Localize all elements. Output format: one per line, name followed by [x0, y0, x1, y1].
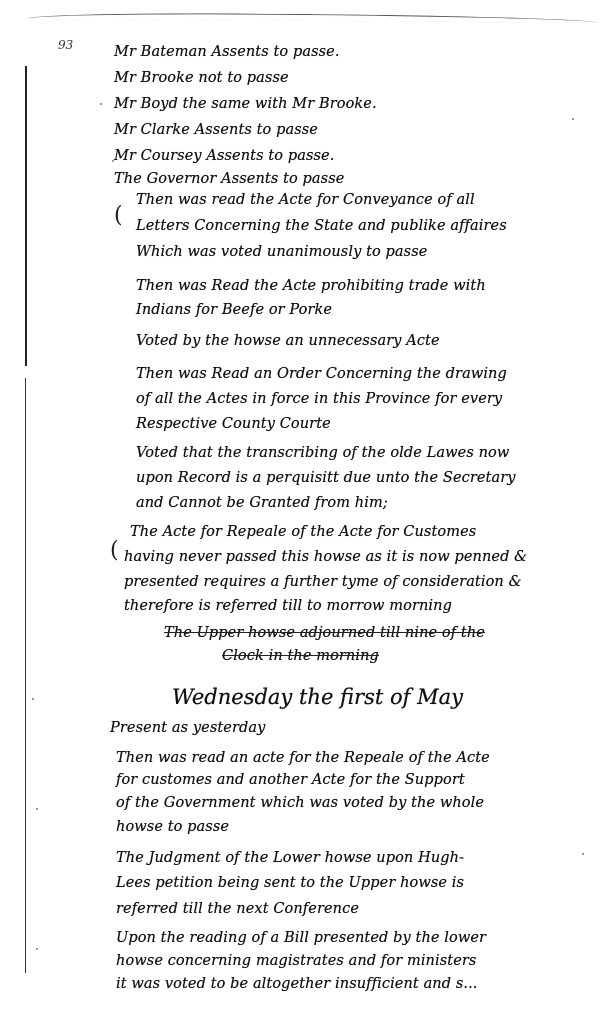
scan-speck	[112, 160, 114, 162]
scan-speck	[100, 103, 102, 105]
scan-speck	[36, 808, 38, 810]
page-top-edge	[26, 12, 598, 23]
text-line: The Acte for Repeale of the Acte for Cus…	[130, 524, 476, 540]
manuscript-page: 93 Mr Bateman Assents to passe. Mr Brook…	[12, 8, 600, 1008]
text-line: Indians for Beefe or Porke	[136, 302, 332, 318]
text-line: therefore is referred till to morrow mor…	[124, 598, 452, 614]
margin-bracket: (	[110, 538, 119, 563]
scan-speck	[32, 698, 34, 700]
text-line: for customes and another Acte for the Su…	[116, 772, 465, 788]
text-line: The Judgment of the Lower howse upon Hug…	[116, 850, 464, 866]
text-line: howse to passe	[116, 819, 229, 835]
text-line: of the Government which was voted by the…	[116, 795, 484, 811]
text-line-struck: The Upper howse adjourned till nine of t…	[164, 625, 485, 641]
text-line: referred till the next Conference	[116, 901, 359, 917]
text-line: Letters Concerning the State and publike…	[136, 218, 507, 234]
text-line: presented requires a further tyme of con…	[124, 574, 522, 590]
margin-bracket: (	[114, 203, 123, 228]
text-line: Mr Bateman Assents to passe.	[114, 44, 340, 60]
text-line: The Governor Assents to passe	[114, 171, 344, 187]
text-line: Mr Clarke Assents to passe	[114, 122, 318, 138]
text-line: Upon the reading of a Bill presented by …	[116, 930, 486, 946]
date-heading: Wednesday the first of May	[172, 685, 463, 709]
text-line: Mr Brooke not to passe	[114, 70, 289, 86]
text-line: Then was Read an Order Concerning the dr…	[136, 366, 507, 382]
text-line: Mr Boyd the same with Mr Brooke.	[114, 96, 377, 112]
text-line: Mr Coursey Assents to passe.	[114, 148, 334, 164]
folio-number: 93	[58, 38, 73, 52]
text-line: Present as yesterday	[110, 720, 265, 736]
text-line: Lees petition being sent to the Upper ho…	[116, 875, 464, 891]
text-line: of all the Actes in force in this Provin…	[136, 391, 502, 407]
scan-speck	[572, 118, 574, 120]
text-line: Then was Read the Acte prohibiting trade…	[136, 278, 486, 294]
text-line: and Cannot be Granted from him;	[136, 495, 388, 511]
scan-speck	[36, 948, 38, 950]
text-line: Voted by the howse an unnecessary Acte	[136, 333, 440, 349]
text-line-struck: Clock in the morning	[222, 648, 379, 664]
text-line: upon Record is a perquisitt due unto the…	[136, 470, 516, 486]
text-line: Which was voted unanimously to passe	[136, 244, 427, 260]
margin-rule-upper	[25, 66, 27, 366]
text-line: Then was read the Acte for Conveyance of…	[136, 192, 475, 208]
text-line: having never passed this howse as it is …	[124, 549, 527, 565]
scan-speck	[582, 853, 584, 855]
text-line: howse concerning magistrates and for min…	[116, 953, 476, 969]
text-line: Respective County Courte	[136, 416, 331, 432]
text-line: Voted that the transcribing of the olde …	[136, 445, 509, 461]
text-line: it was voted to be altogether insufficie…	[116, 976, 478, 992]
text-line: Then was read an acte for the Repeale of…	[116, 750, 490, 766]
margin-rule-lower	[25, 378, 26, 973]
